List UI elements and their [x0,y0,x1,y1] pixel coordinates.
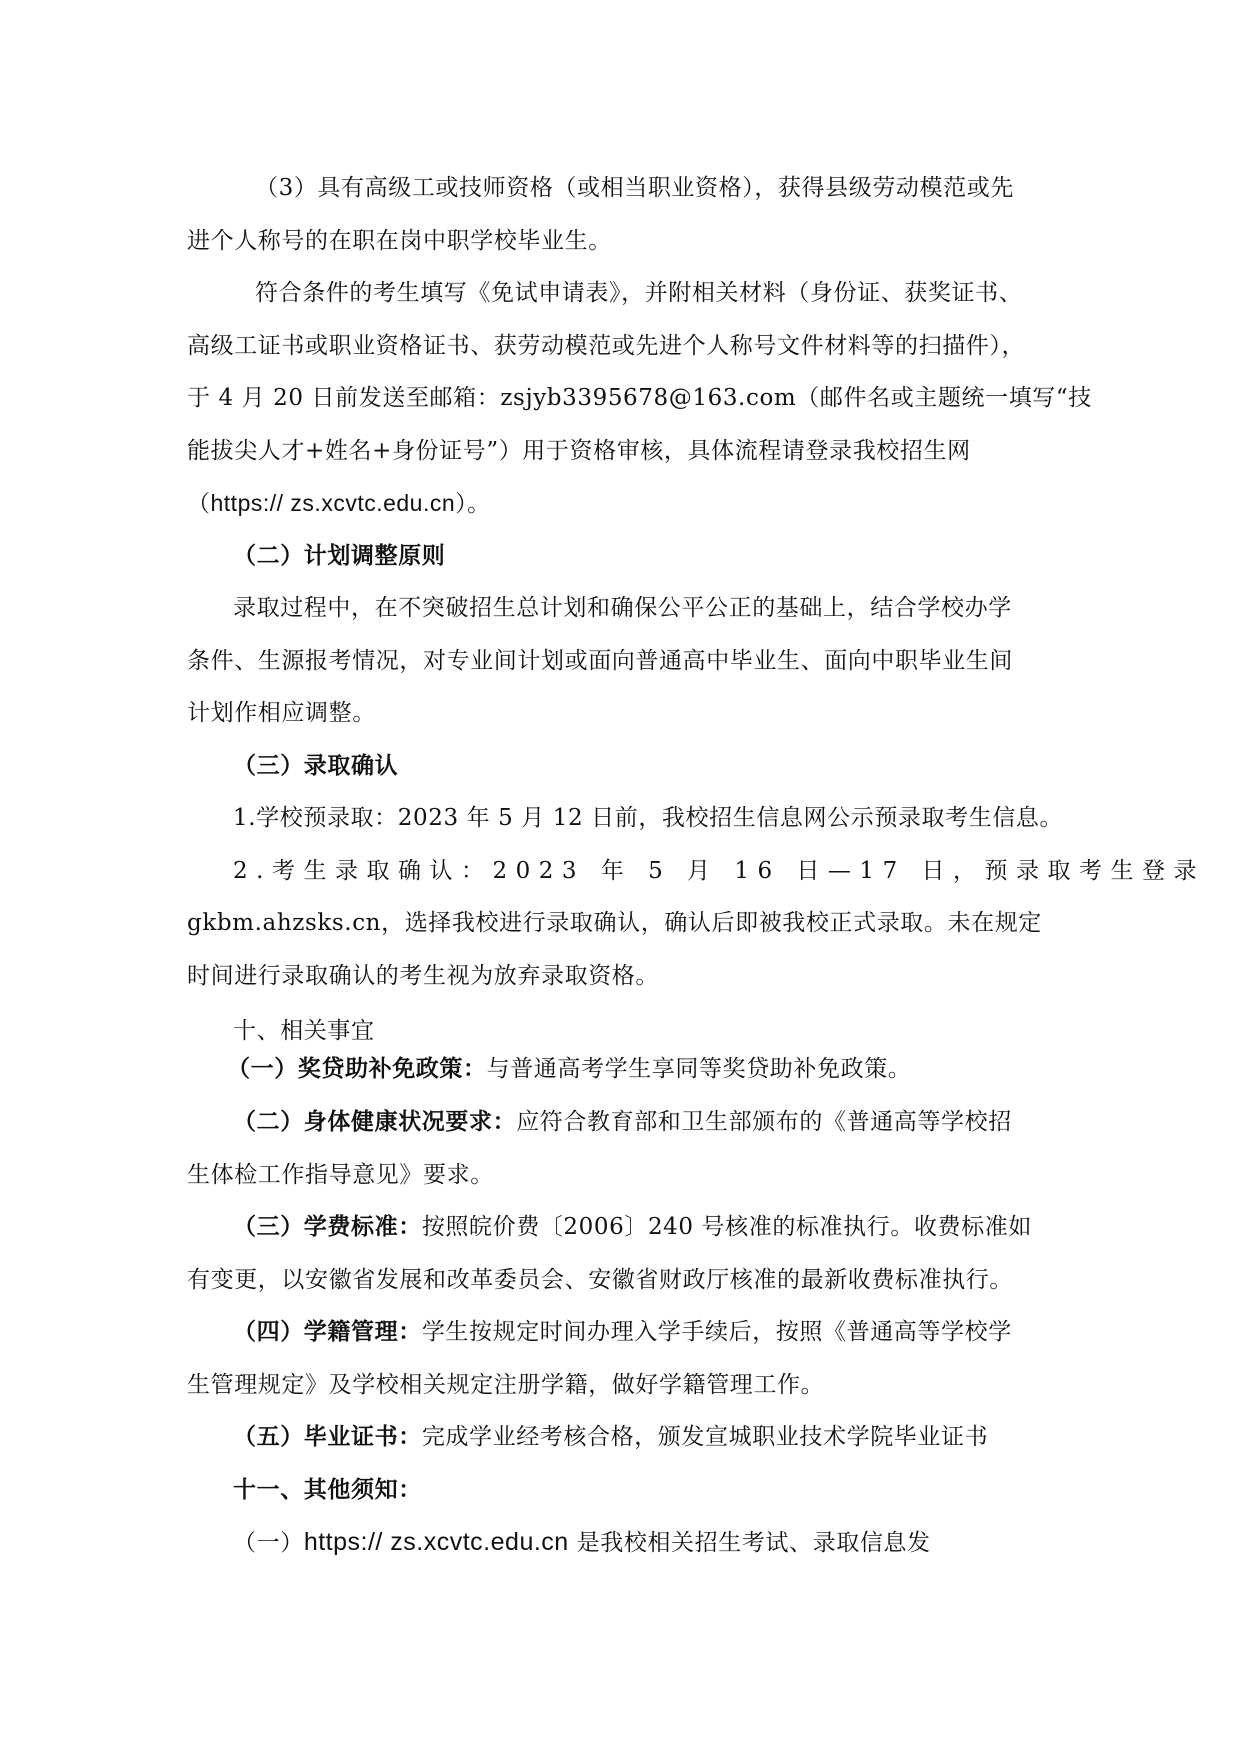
section-11-sub1-prefix: （一） [233,1530,304,1556]
application-line1: 符合条件的考生填写《免试申请表》，并附相关材料（身份证、获奖证书、 [187,267,1053,320]
sub2-label: （二）身体健康状况要求： [233,1109,516,1135]
section-10-sub3: （三）学费标准：按照皖价费〔2006〕240 号核准的标准执行。收费标准如 [187,1201,1053,1254]
section-11-heading: 十一、其他须知： [187,1464,1053,1517]
confirm-item1: 1.学校预录取：2023 年 5 月 12 日前，我校招生信息网公示预录取考生信… [187,792,1053,845]
section-11-sub1-text: 是我校相关招生考试、录取信息发 [569,1530,931,1556]
application-line5: （https:// zs.xcvtc.edu.cn）。 [187,477,1053,530]
confirm-item2-line2: gkbm.ahzsks.cn，选择我校进行录取确认，确认后即被我校正式录取。未在… [187,897,1053,950]
plan-adjust-line2: 条件、生源报考情况，对专业间计划或面向普通高中毕业生、面向中职毕业生间 [187,635,1053,688]
plan-adjust-line1: 录取过程中，在不突破招生总计划和确保公平公正的基础上，结合学校办学 [187,582,1053,635]
sub3-label: （三）学费标准： [233,1214,422,1240]
sub3-text: 按照皖价费〔2006〕240 号核准的标准执行。收费标准如 [422,1214,1032,1240]
application-line2: 高级工证书或职业资格证书、获劳动模范或先进个人称号文件材料等的扫描件）， [187,320,1053,373]
section-10-heading: 十、相关事宜 [187,1012,1053,1050]
application-line3: 于 4 月 20 日前发送至邮箱：zsjyb3395678@163.com（邮件… [187,372,1053,425]
plan-adjust-line3: 计划作相应调整。 [187,687,1053,740]
section-11-sub1: （一）https:// zs.xcvtc.edu.cn 是我校相关招生考试、录取… [187,1516,1053,1569]
confirm-item2-line3: 时间进行录取确认的考生视为放弃录取资格。 [187,950,1053,1003]
section-10-sub5: （五）毕业证书：完成学业经考核合格，颁发宣城职业技术学院毕业证书 [187,1411,1053,1464]
document-page: （3）具有高级工或技师资格（或相当职业资格），获得县级劳动模范或先 进个人称号的… [187,162,1053,1569]
admissions-url-link[interactable]: https:// zs.xcvtc.edu.cn [304,1528,569,1556]
section-10-sub4-cont: 生管理规定》及学校相关规定注册学籍，做好学籍管理工作。 [187,1359,1053,1412]
sub4-label: （四）学籍管理： [233,1319,422,1345]
section-confirm-heading: （三）录取确认 [187,740,1053,793]
section-10-sub4: （四）学籍管理：学生按规定时间办理入学手续后，按照《普通高等学校学 [187,1306,1053,1359]
item3-line1: （3）具有高级工或技师资格（或相当职业资格），获得县级劳动模范或先 [187,162,1053,215]
section-10-sub2-cont: 生体检工作指导意见》要求。 [187,1149,1053,1202]
sub1-text: 与普通高考学生享同等奖贷助补免政策。 [487,1056,912,1082]
sub5-text: 完成学业经考核合格，颁发宣城职业技术学院毕业证书 [422,1424,988,1450]
sub2-text: 应符合教育部和卫生部颁布的《普通高等学校招 [516,1109,1012,1135]
section-10-sub3-cont: 有变更，以安徽省发展和改革委员会、安徽省财政厅核准的最新收费标准执行。 [187,1254,1053,1307]
section-10-sub2: （二）身体健康状况要求：应符合教育部和卫生部颁布的《普通高等学校招 [187,1096,1053,1149]
sub1-label: （一）奖贷助补免政策： [227,1056,487,1082]
sub4-text: 学生按规定时间办理入学手续后，按照《普通高等学校学 [422,1319,1012,1345]
sub5-label: （五）毕业证书： [233,1424,422,1450]
confirm-item2-line1: 2.考生录取确认：2023 年 5 月 16 日—17 日，预录取考生登录 [187,845,1053,898]
item3-line2: 进个人称号的在职在岗中职学校毕业生。 [187,215,1053,268]
section-plan-adjust-heading: （二）计划调整原则 [187,530,1053,583]
application-line4: 能拔尖人才+姓名+身份证号”）用于资格审核，具体流程请登录我校招生网 [187,425,1053,478]
section-10-sub1: （一）奖贷助补免政策：与普通高考学生享同等奖贷助补免政策。 [187,1050,1053,1088]
